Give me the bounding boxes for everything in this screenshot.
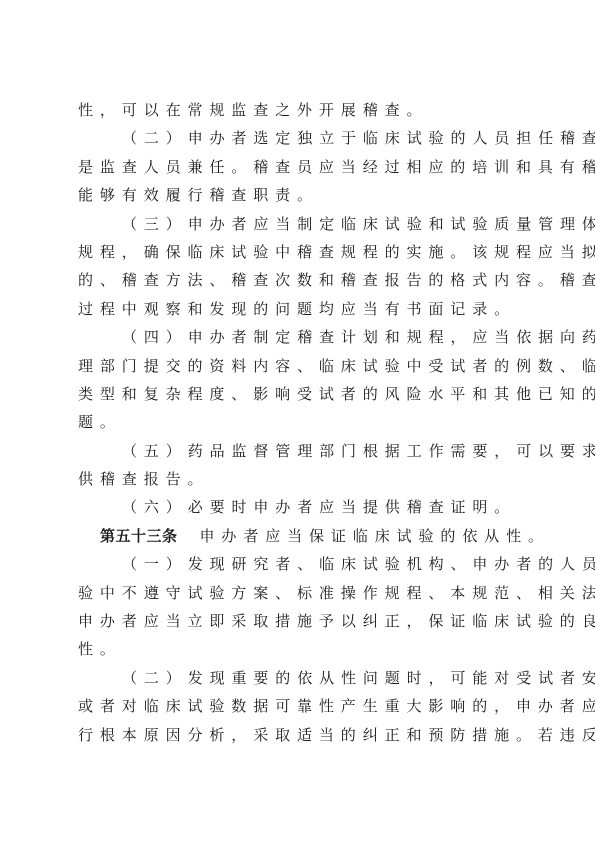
- paragraph-line: 能够有效履行稽查职责。: [78, 181, 520, 209]
- paragraph-line: 是监查人员兼任。稽查员应当经过相应的培训和具有稽查经验，: [78, 153, 520, 181]
- paragraph-line: （二）申办者选定独立于临床试验的人员担任稽查员，不能: [78, 124, 520, 152]
- paragraph-line: 性，可以在常规监查之外开展稽查。: [78, 96, 520, 124]
- paragraph-line: 题。: [78, 408, 520, 436]
- paragraph-line: （一）发现研究者、临床试验机构、申办者的人员在临床试: [78, 550, 520, 578]
- article-number: 第五十三条: [100, 527, 178, 545]
- paragraph-line: 性。: [78, 635, 520, 663]
- paragraph-line: （六）必要时申办者应当提供稽查证明。: [78, 493, 520, 521]
- paragraph-line: （五）药品监督管理部门根据工作需要，可以要求申办者提: [78, 437, 520, 465]
- paragraph-line: 的、稽查方法、稽查次数和稽查报告的格式内容。稽查员在稽查: [78, 266, 520, 294]
- paragraph-line: 理部门提交的资料内容、临床试验中受试者的例数、临床试验的: [78, 352, 520, 380]
- paragraph-line: （二）发现重要的依从性问题时，可能对受试者安全和权益，: [78, 664, 520, 692]
- paragraph-line: （三）申办者应当制定临床试验和试验质量管理体系的稽查: [78, 210, 520, 238]
- article-text: 申办者应当保证临床试验的依从性。: [200, 527, 550, 545]
- document-page: 性，可以在常规监查之外开展稽查。 （二）申办者选定独立于临床试验的人员担任稽查员…: [78, 96, 520, 749]
- paragraph-line: 类型和复杂程度、影响受试者的风险水平和其他已知的相关问: [78, 380, 520, 408]
- paragraph-line: 验中不遵守试验方案、标准操作规程、本规范、相关法律法规时，: [78, 579, 520, 607]
- paragraph-line: （四）申办者制定稽查计划和规程，应当依据向药品监督管: [78, 323, 520, 351]
- paragraph-line: 供稽查报告。: [78, 465, 520, 493]
- paragraph-line: 或者对临床试验数据可靠性产生重大影响的，申办者应当及时进: [78, 692, 520, 720]
- paragraph-line: 规程，确保临床试验中稽查规程的实施。该规程应当拟定稽查目: [78, 238, 520, 266]
- paragraph-line: 申办者应当立即采取措施予以纠正，保证临床试验的良好依从: [78, 607, 520, 635]
- paragraph-line: 过程中观察和发现的问题均应当有书面记录。: [78, 295, 520, 323]
- article-heading-line: 第五十三条申办者应当保证临床试验的依从性。: [78, 522, 520, 550]
- paragraph-line: 行根本原因分析，采取适当的纠正和预防措施。若违反试验方案: [78, 721, 520, 749]
